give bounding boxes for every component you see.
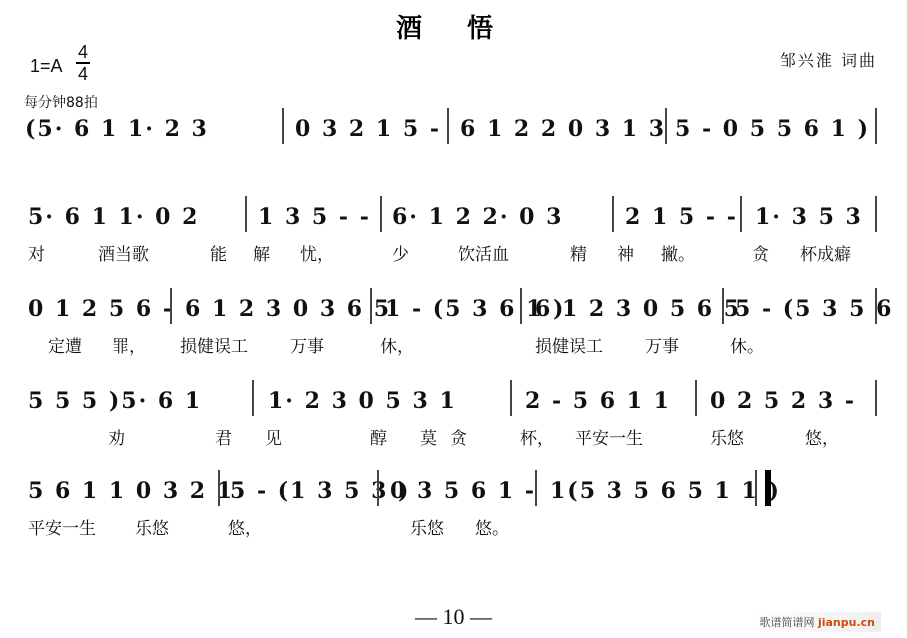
- lyric-syllable: 损健误工: [180, 332, 248, 357]
- measure: 0 1 2 5 6 -: [28, 292, 174, 326]
- lyric-syllable: 万事: [645, 332, 679, 357]
- lyric-syllable: 君: [215, 424, 232, 449]
- barline: [370, 288, 372, 324]
- measure: 1· 3 5 3: [755, 200, 863, 234]
- lyric-syllable: 平安一生: [575, 424, 643, 449]
- barline: [510, 380, 512, 416]
- lyric-syllable: 少: [392, 240, 409, 265]
- measure-notes: 0 2 5 2 3 -: [710, 388, 856, 414]
- barline: [755, 470, 757, 506]
- barline: [282, 108, 284, 144]
- notation-line: (5· 6 1 1· 2 30 3 2 1 5 -6 1 2 2 0 3 1 3…: [20, 112, 890, 146]
- lyric-syllable: 悠。: [475, 514, 509, 539]
- measure-notes: 6 1 2 2 0 3 1 3: [460, 116, 666, 142]
- measure: 0 2 5 2 3 -: [710, 384, 856, 418]
- barline: [695, 380, 697, 416]
- measure-notes: 1· 2 3 0 5 3 1: [268, 388, 457, 414]
- barline: [722, 288, 724, 324]
- lyric-syllable: 饮活血: [458, 240, 509, 265]
- measure-notes: 1 3 5 - -: [258, 204, 371, 230]
- lyric-syllable: 杯，: [520, 424, 554, 449]
- lyric-syllable: 休，: [380, 332, 414, 357]
- lyric-syllable: 神: [617, 240, 634, 265]
- barline: [875, 108, 877, 144]
- lyric-syllable: 损健误工: [535, 332, 603, 357]
- notation-line: 5· 6 1 1· 0 21 3 5 - -6· 1 2 2· 0 32 1 5…: [20, 200, 890, 234]
- measure-notes: 5 5 5 )5· 6 1: [28, 388, 202, 414]
- score-row: (5· 6 1 1· 2 30 3 2 1 5 -6 1 2 2 0 3 1 3…: [20, 112, 890, 182]
- lyric-syllable: 悠，: [228, 514, 262, 539]
- measure: (5· 6 1 1· 2 3: [25, 112, 209, 146]
- tempo-marking: 每分钟88拍: [24, 92, 98, 112]
- notation-line: 0 1 2 5 6 -6 1 2 3 0 3 6 51 - (5 3 6 1 )…: [20, 292, 890, 326]
- measure-notes: 2 - 5 6 1 1: [525, 388, 671, 414]
- barline: [875, 196, 877, 232]
- lyric-syllable: 乐悠: [135, 514, 169, 539]
- measure: 6 1 2 3 0 3 6 5: [185, 292, 391, 326]
- barline: [377, 470, 379, 506]
- measure: 6· 1 2 2· 0 3: [392, 200, 563, 234]
- key-signature: 1=A: [30, 56, 63, 77]
- measure: 6 1 2 2 0 3 1 3: [460, 112, 666, 146]
- measure: 5 - (5 3 5 6: [735, 292, 893, 326]
- notation-line: 5 6 1 1 0 3 2 15 - (1 3 5 3 )0 3 5 6 1 -…: [20, 474, 890, 508]
- measure-notes: 5 - (1 3 5 3 ): [230, 478, 410, 504]
- composer-credit: 邹兴淮 词曲: [780, 48, 877, 71]
- measure-notes: 5 - (5 3 5 6: [735, 296, 893, 322]
- notation-line: 5 5 5 )5· 6 11· 2 3 0 5 3 12 - 5 6 1 10 …: [20, 384, 890, 418]
- measure-notes: 0 3 5 6 1 -: [390, 478, 536, 504]
- measure-notes: 0 3 2 1 5 -: [295, 116, 441, 142]
- measure: 0 3 5 6 1 -: [390, 474, 536, 508]
- time-signature-top: 4: [76, 42, 90, 64]
- measure: 0 3 2 1 5 -: [295, 112, 441, 146]
- lyric-syllable: 撇。: [661, 240, 695, 265]
- time-signature: 4 4: [76, 42, 90, 84]
- measure-notes: 0 1 2 5 6 -: [28, 296, 174, 322]
- measure: 5 - 0 5 5 6 1 ): [675, 112, 870, 146]
- measure: 5 6 1 1 0 3 2 1: [28, 474, 234, 508]
- measure-notes: (5· 6 1 1· 2 3: [25, 116, 209, 142]
- measure: 5 - (1 3 5 3 ): [230, 474, 410, 508]
- barline: [875, 380, 877, 416]
- barline: [665, 108, 667, 144]
- lyric-syllable: 乐悠: [710, 424, 744, 449]
- measure: 5· 6 1 1· 0 2: [28, 200, 199, 234]
- lyric-syllable: 贪: [450, 424, 467, 449]
- measure: 1(5 3 5 6 5 1 1 ): [550, 474, 781, 508]
- lyric-syllable: 平安一生: [28, 514, 96, 539]
- measure: 1· 2 3 0 5 3 1: [268, 384, 457, 418]
- barline: [740, 196, 742, 232]
- measure-notes: 5 - 0 5 5 6 1 ): [675, 116, 870, 142]
- measure-notes: 5· 6 1 1· 0 2: [28, 204, 199, 230]
- measure-notes: 6 1 2 3 0 5 6 5: [535, 296, 741, 322]
- song-title: 酒 悟: [0, 8, 907, 45]
- lyric-syllable: 乐悠: [410, 514, 444, 539]
- measure-notes: 2 1 5 - -: [625, 204, 738, 230]
- measure: 1 3 5 - -: [258, 200, 371, 234]
- measure: 6 1 2 3 0 5 6 5: [535, 292, 741, 326]
- lyric-syllable: 定遭: [48, 332, 82, 357]
- lyric-syllable: 醇: [370, 424, 387, 449]
- measure-notes: 6 1 2 3 0 3 6 5: [185, 296, 391, 322]
- lyric-syllable: 万事: [290, 332, 324, 357]
- measure: 2 - 5 6 1 1: [525, 384, 671, 418]
- lyric-syllable: 酒当歌: [98, 240, 149, 265]
- lyric-syllable: 莫: [420, 424, 437, 449]
- lyric-syllable: 忧，: [300, 240, 334, 265]
- lyric-syllable: 劝: [108, 424, 125, 449]
- watermark: 歌谱简谱网 jianpu.cn: [753, 612, 881, 632]
- barline: [218, 470, 220, 506]
- lyric-syllable: 杯成癖: [800, 240, 851, 265]
- score-row: 0 1 2 5 6 -6 1 2 3 0 3 6 51 - (5 3 6 1 )…: [20, 292, 890, 362]
- lyric-syllable: 悠，: [805, 424, 839, 449]
- measure: 5 5 5 )5· 6 1: [28, 384, 202, 418]
- measure: 2 1 5 - -: [625, 200, 738, 234]
- barline: [535, 470, 537, 506]
- lyric-syllable: 对: [28, 240, 45, 265]
- measure-notes: 6· 1 2 2· 0 3: [392, 204, 563, 230]
- barline: [612, 196, 614, 232]
- lyric-syllable: 罪，: [112, 332, 146, 357]
- measure-notes: 5 6 1 1 0 3 2 1: [28, 478, 234, 504]
- lyric-syllable: 能: [210, 240, 227, 265]
- barline: [252, 380, 254, 416]
- watermark-text: 歌谱简谱网: [759, 616, 814, 629]
- measure-notes: 1(5 3 5 6 5 1 1 ): [550, 478, 781, 504]
- score-row: 5 5 5 )5· 6 11· 2 3 0 5 3 12 - 5 6 1 10 …: [20, 384, 890, 454]
- lyric-syllable: 休。: [730, 332, 764, 357]
- measure-notes: 1· 3 5 3: [755, 204, 863, 230]
- final-barline: [765, 470, 771, 506]
- barline: [875, 288, 877, 324]
- barline: [380, 196, 382, 232]
- score-row: 5· 6 1 1· 0 21 3 5 - -6· 1 2 2· 0 32 1 5…: [20, 200, 890, 270]
- watermark-url: jianpu.cn: [818, 616, 875, 629]
- lyric-syllable: 精: [570, 240, 587, 265]
- barline: [447, 108, 449, 144]
- time-signature-bottom: 4: [76, 64, 90, 84]
- barline: [245, 196, 247, 232]
- lyric-syllable: 解: [253, 240, 270, 265]
- lyric-syllable: 见: [265, 424, 282, 449]
- score-row: 5 6 1 1 0 3 2 15 - (1 3 5 3 )0 3 5 6 1 -…: [20, 474, 890, 544]
- lyric-syllable: 贪: [752, 240, 769, 265]
- barline: [520, 288, 522, 324]
- barline: [170, 288, 172, 324]
